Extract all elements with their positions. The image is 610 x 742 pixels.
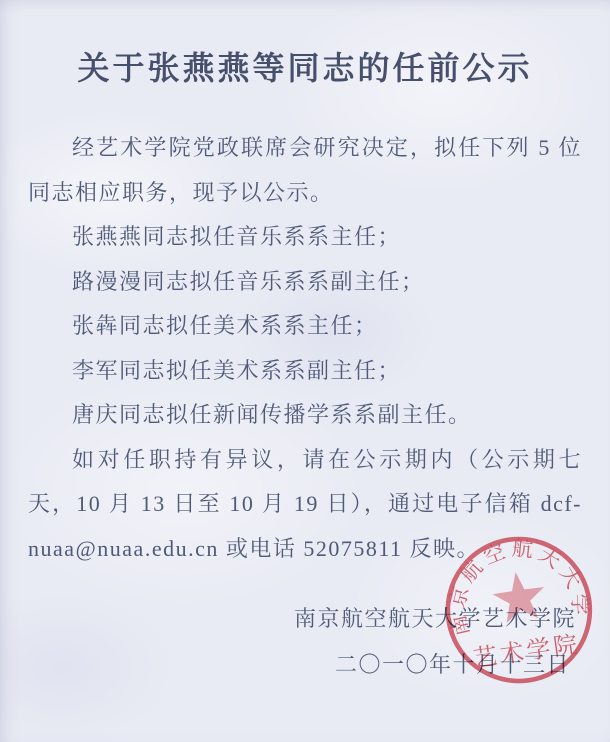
seal-star-icon — [490, 568, 548, 624]
document-body: 经艺术学院党政联席会研究决定，拟任下列 5 位同志相应职务，现予以公示。 张燕燕… — [28, 126, 582, 571]
appointment-line-2: 路漫漫同志拟任音乐系系副主任； — [28, 260, 582, 305]
document-page: 关于张燕燕等同志的任前公示 经艺术学院党政联席会研究决定，拟任下列 5 位同志相… — [0, 0, 610, 742]
intro-paragraph: 经艺术学院党政联席会研究决定，拟任下列 5 位同志相应职务，现予以公示。 — [28, 126, 582, 215]
appointment-line-4: 李军同志拟任美术系系副主任； — [28, 349, 582, 394]
document-title: 关于张燕燕等同志的任前公示 — [0, 0, 610, 88]
appointment-line-3: 张犇同志拟任美术系系主任； — [28, 304, 582, 349]
appointment-line-1: 张燕燕同志拟任音乐系系主任； — [28, 215, 582, 260]
appointment-line-5: 唐庆同志拟任新闻传播学系系副主任。 — [28, 393, 582, 438]
official-seal-stamp: 南京航空航天大学 艺术学院 — [425, 515, 610, 706]
